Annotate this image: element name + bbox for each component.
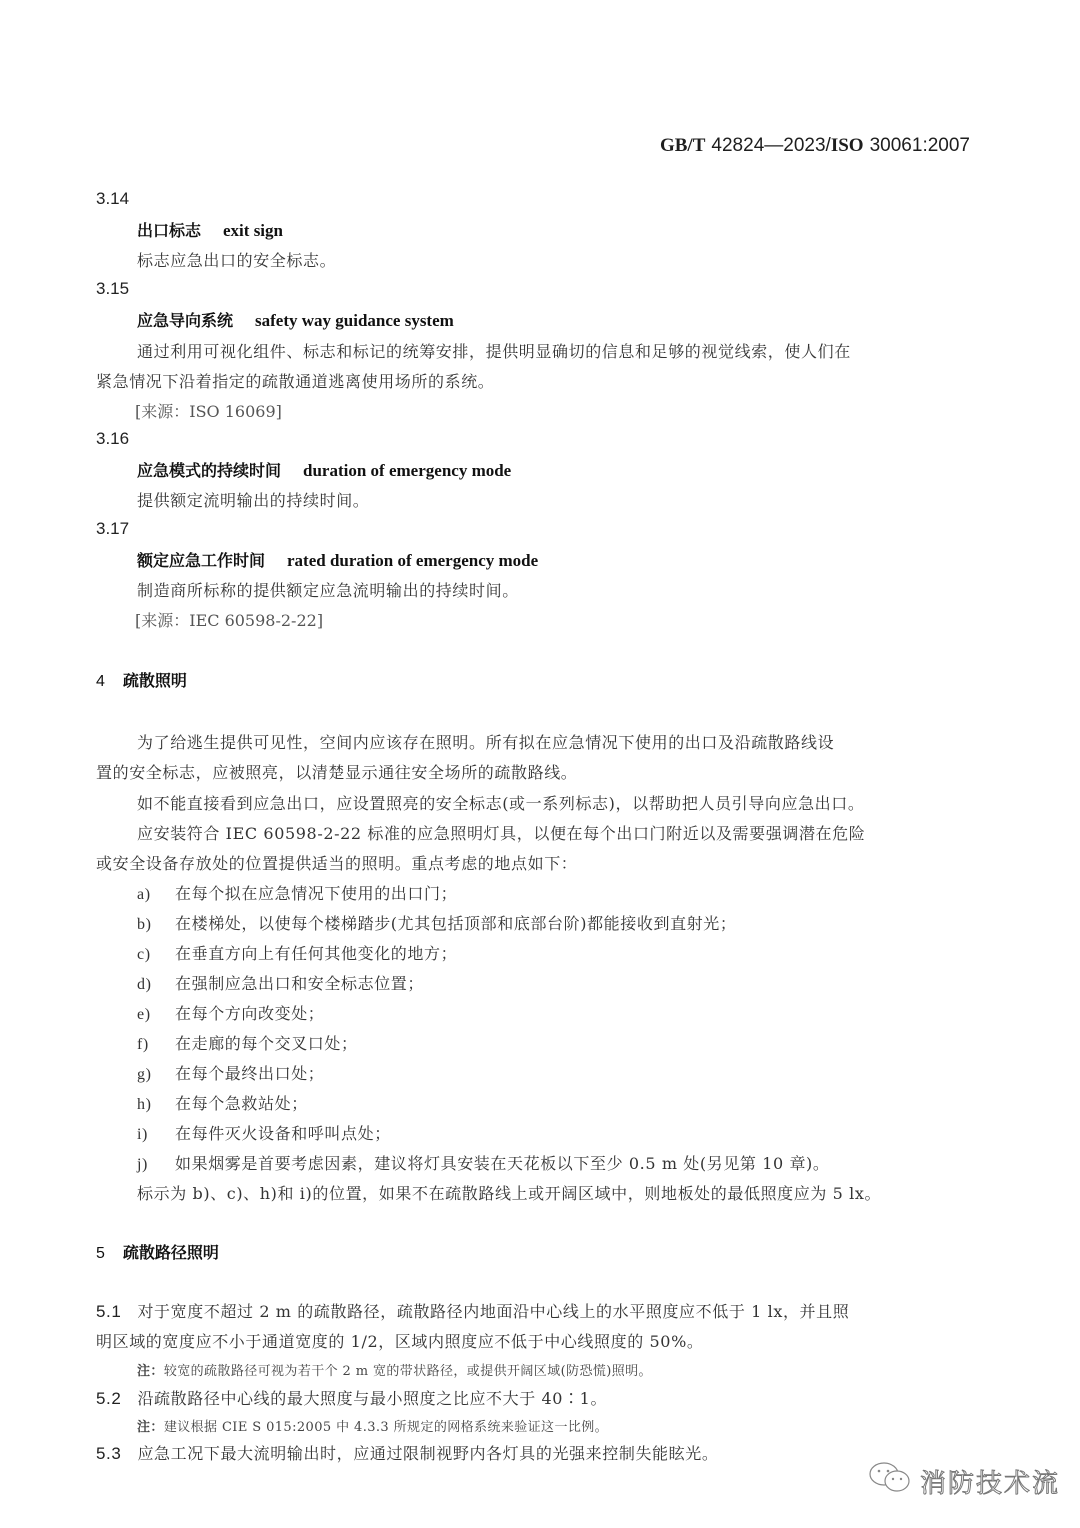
term-title-en: safety way guidance system: [255, 311, 454, 330]
clause-line: 明区域的宽度应不小于通道宽度的 1/2，区域内照度应不低于中心线照度的 50%。: [96, 1329, 704, 1352]
term-definition: 标志应急出口的安全标志。: [137, 248, 336, 271]
list-text: 在强制应急出口和安全标志位置；: [175, 974, 424, 993]
term-title-zh: 应急模式的持续时间: [137, 461, 281, 480]
list-label: d): [137, 976, 175, 994]
list-text: 在每个最终出口处；: [175, 1064, 324, 1083]
term-number: 3.16: [96, 429, 129, 449]
note: 注：较宽的疏散路径可视为若干个 2 m 宽的带状路径，或提供开阔区域(防恐慌)照…: [137, 1360, 652, 1379]
term-title: 出口标志exit sign: [137, 218, 283, 241]
list-label: b): [137, 916, 175, 934]
watermark-text: 消防技术流: [920, 1463, 1060, 1500]
list-text: 在垂直方向上有任何其他变化的地方；: [175, 944, 457, 963]
term-source: [来源：IEC 60598-2-22]: [135, 608, 323, 631]
list-label: a): [137, 886, 175, 904]
list-label: g): [137, 1066, 175, 1084]
clause-number: 5.1: [96, 1302, 121, 1321]
list-item: e)在每个方向改变处；: [137, 1001, 324, 1024]
iso-prefix: ISO: [831, 135, 864, 156]
list-label: j): [137, 1156, 175, 1174]
iso-number: 30061:2007: [870, 135, 970, 156]
section-heading: 4疏散照明: [96, 668, 187, 691]
list-label: h): [137, 1096, 175, 1114]
list-text: 在楼梯处，以使每个楼梯踏步(尤其包括顶部和底部台阶)都能接收到直射光；: [175, 914, 737, 933]
list-label: e): [137, 1006, 175, 1024]
list-item: b)在楼梯处，以使每个楼梯踏步(尤其包括顶部和底部台阶)都能接收到直射光；: [137, 911, 737, 934]
list-text: 在每个拟在应急情况下使用的出口门；: [175, 884, 457, 903]
note-label: 注：: [137, 1364, 164, 1379]
list-item: i)在每件灭火设备和呼叫点处；: [137, 1121, 391, 1144]
std-number: 42824—2023/: [711, 135, 830, 156]
term-title-en: exit sign: [223, 221, 283, 240]
std-prefix: GB/T: [660, 135, 705, 156]
term-number: 3.15: [96, 279, 129, 299]
note-label: 注：: [137, 1420, 164, 1435]
term-title-zh: 出口标志: [137, 221, 201, 240]
term-title-en: rated duration of emergency mode: [287, 551, 538, 570]
list-text: 在每个急救站处；: [175, 1094, 308, 1113]
list-label: c): [137, 946, 175, 964]
list-item: d)在强制应急出口和安全标志位置；: [137, 971, 424, 994]
standard-code-header: GB/T 42824—2023/ISO 30061:2007: [660, 134, 970, 157]
clause-text: 对于宽度不超过 2 m 的疏散路径，疏散路径内地面沿中心线上的水平照度应不低于 …: [137, 1302, 849, 1321]
list-item: c)在垂直方向上有任何其他变化的地方；: [137, 941, 457, 964]
term-source: [来源：ISO 16069]: [135, 399, 282, 422]
list-text: 如果烟雾是首要考虑因素，建议将灯具安装在天花板以下至少 0.5 m 处(另见第 …: [175, 1154, 830, 1173]
paragraph-line: 或安全设备存放处的位置提供适当的照明。重点考虑的地点如下：: [96, 851, 577, 874]
section-number: 4: [96, 673, 105, 690]
clause-line: 5.1对于宽度不超过 2 m 的疏散路径，疏散路径内地面沿中心线上的水平照度应不…: [96, 1299, 849, 1322]
term-number: 3.17: [96, 519, 129, 539]
paragraph-line: 为了给逃生提供可见性，空间内应该存在照明。所有拟在应急情况下使用的出口及沿疏散路…: [137, 730, 834, 753]
term-definition: 制造商所标称的提供额定应急流明输出的持续时间。: [137, 578, 519, 601]
list-label: i): [137, 1126, 175, 1144]
watermark: 消防技术流: [868, 1460, 1060, 1503]
list-text: 在每件灭火设备和呼叫点处；: [175, 1124, 391, 1143]
list-label: f): [137, 1036, 175, 1054]
term-number: 3.14: [96, 189, 129, 209]
clause-number: 5.2: [96, 1389, 121, 1408]
term-title: 额定应急工作时间rated duration of emergency mode: [137, 548, 538, 571]
note-text: 较宽的疏散路径可视为若干个 2 m 宽的带状路径，或提供开阔区域(防恐慌)照明。: [164, 1364, 652, 1379]
term-definition-line: 通过利用可视化组件、标志和标记的统筹安排，提供明显确切的信息和足够的视觉线索，使…: [137, 339, 851, 362]
paragraph: 标示为 b)、c)、h)和 i)的位置，如果不在疏散路线上或开阔区域中，则地板处…: [137, 1181, 881, 1204]
clause-number: 5.3: [96, 1444, 121, 1463]
paragraph-line: 应安装符合 IEC 60598-2-22 标准的应急照明灯具，以便在每个出口门附…: [137, 821, 865, 844]
term-title: 应急模式的持续时间duration of emergency mode: [137, 458, 511, 481]
clause-line: 5.3应急工况下最大流明输出时，应通过限制视野内各灯具的光强来控制失能眩光。: [96, 1441, 718, 1464]
list-item: g)在每个最终出口处；: [137, 1061, 324, 1084]
section-number: 5: [96, 1245, 105, 1262]
term-definition-line: 紧急情况下沿着指定的疏散通道逃离使用场所的系统。: [96, 369, 494, 392]
term-title: 应急导向系统safety way guidance system: [137, 308, 454, 331]
term-definition: 提供额定流明输出的持续时间。: [137, 488, 369, 511]
section-title: 疏散路径照明: [123, 1243, 219, 1262]
list-text: 在走廊的每个交叉口处；: [175, 1034, 358, 1053]
section-heading: 5疏散路径照明: [96, 1240, 219, 1263]
term-title-en: duration of emergency mode: [303, 461, 511, 480]
clause-text: 应急工况下最大流明输出时，应通过限制视野内各灯具的光强来控制失能眩光。: [137, 1444, 718, 1463]
clause-text: 沿疏散路径中心线的最大照度与最小照度之比应不大于 40∶1。: [137, 1389, 607, 1408]
term-title-zh: 应急导向系统: [137, 311, 233, 330]
list-item: f)在走廊的每个交叉口处；: [137, 1031, 358, 1054]
note-text: 建议根据 CIE S 015:2005 中 4.3.3 所规定的网格系统来验证这…: [164, 1420, 608, 1435]
list-text: 在每个方向改变处；: [175, 1004, 324, 1023]
paragraph-line: 置的安全标志，应被照亮，以清楚显示通往安全场所的疏散路线。: [96, 760, 577, 783]
list-item: a)在每个拟在应急情况下使用的出口门；: [137, 881, 457, 904]
section-title: 疏散照明: [123, 671, 187, 690]
paragraph: 如不能直接看到应急出口，应设置照亮的安全标志(或一系列标志)，以帮助把人员引导向…: [137, 791, 865, 814]
term-title-zh: 额定应急工作时间: [137, 551, 265, 570]
clause-line: 5.2沿疏散路径中心线的最大照度与最小照度之比应不大于 40∶1。: [96, 1386, 607, 1409]
wechat-icon: [868, 1460, 912, 1503]
list-item: h)在每个急救站处；: [137, 1091, 308, 1114]
list-item: j)如果烟雾是首要考虑因素，建议将灯具安装在天花板以下至少 0.5 m 处(另见…: [137, 1151, 830, 1174]
note: 注：建议根据 CIE S 015:2005 中 4.3.3 所规定的网格系统来验…: [137, 1416, 608, 1435]
